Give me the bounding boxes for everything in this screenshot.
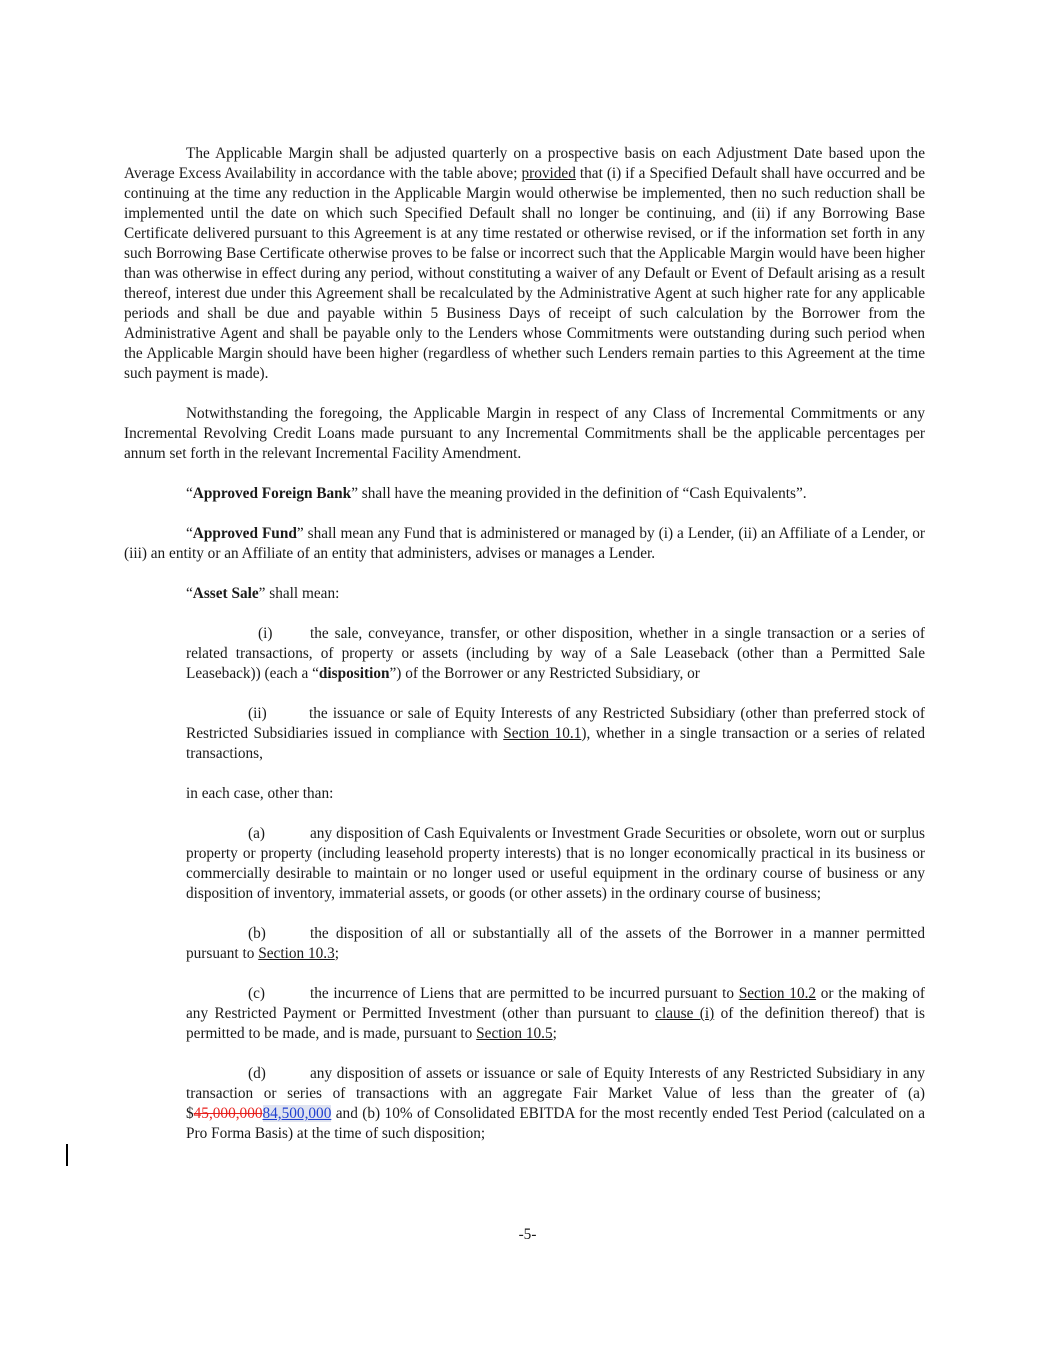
in-each-case-text: in each case, other than:	[186, 784, 925, 804]
item-text: ;	[553, 1025, 557, 1042]
definition-asset-sale: “Asset Sale” shall mean:	[124, 584, 925, 604]
list-item-ii: (ii)the issuance or sale of Equity Inter…	[186, 704, 925, 764]
list-item-a: (a)any disposition of Cash Equivalents o…	[186, 824, 925, 904]
provided-term: provided	[521, 165, 575, 182]
item-label: (a)	[248, 824, 310, 844]
item-label: (c)	[248, 984, 310, 1004]
open-quote: “	[186, 585, 193, 602]
item-label: (ii)	[248, 704, 309, 724]
clause-reference-link[interactable]: clause (i)	[655, 1005, 714, 1022]
item-label: (b)	[248, 924, 310, 944]
document-page: The Applicable Margin shall be adjusted …	[124, 144, 925, 1164]
item-text: ;	[335, 945, 339, 962]
revision-change-bar	[66, 1144, 68, 1166]
definition-text: ” shall have the meaning provided in the…	[351, 485, 806, 502]
definition-text: ” shall mean:	[259, 585, 340, 602]
section-reference-link[interactable]: Section 10.3	[258, 945, 334, 962]
defined-term: disposition	[319, 665, 390, 682]
section-reference-link[interactable]: Section 10.1	[503, 725, 581, 742]
section-reference-link[interactable]: Section 10.5	[476, 1025, 552, 1042]
page-number: -5-	[0, 1225, 1055, 1245]
inserted-amount[interactable]: 84,500,000	[263, 1105, 332, 1122]
applicable-margin-paragraph: The Applicable Margin shall be adjusted …	[124, 144, 925, 384]
list-item-c: (c)the incurrence of Liens that are perm…	[186, 984, 925, 1044]
section-reference-link[interactable]: Section 10.2	[739, 985, 816, 1002]
defined-term: Approved Foreign Bank	[193, 485, 351, 502]
list-item-i: (i)the sale, conveyance, transfer, or ot…	[186, 624, 925, 684]
list-item-d: (d)any disposition of assets or issuance…	[186, 1064, 925, 1144]
item-label: (i)	[258, 624, 310, 644]
list-item-b: (b)the disposition of all or substantial…	[186, 924, 925, 964]
defined-term: Asset Sale	[193, 585, 259, 602]
item-label: (d)	[248, 1064, 310, 1084]
notwithstanding-paragraph: Notwithstanding the foregoing, the Appli…	[124, 404, 925, 464]
definition-approved-foreign-bank: “Approved Foreign Bank” shall have the m…	[124, 484, 925, 504]
item-text: ”) of the Borrower or any Restricted Sub…	[389, 665, 699, 682]
item-text: the incurrence of Liens that are permitt…	[310, 985, 739, 1002]
paragraph-text: that (i) if a Specified Default shall ha…	[124, 165, 925, 382]
defined-term: Approved Fund	[193, 525, 297, 542]
definition-approved-fund: “Approved Fund” shall mean any Fund that…	[124, 524, 925, 564]
deleted-amount: 45,000,000	[194, 1105, 263, 1122]
open-quote: “	[186, 485, 193, 502]
open-quote: “	[186, 525, 193, 542]
